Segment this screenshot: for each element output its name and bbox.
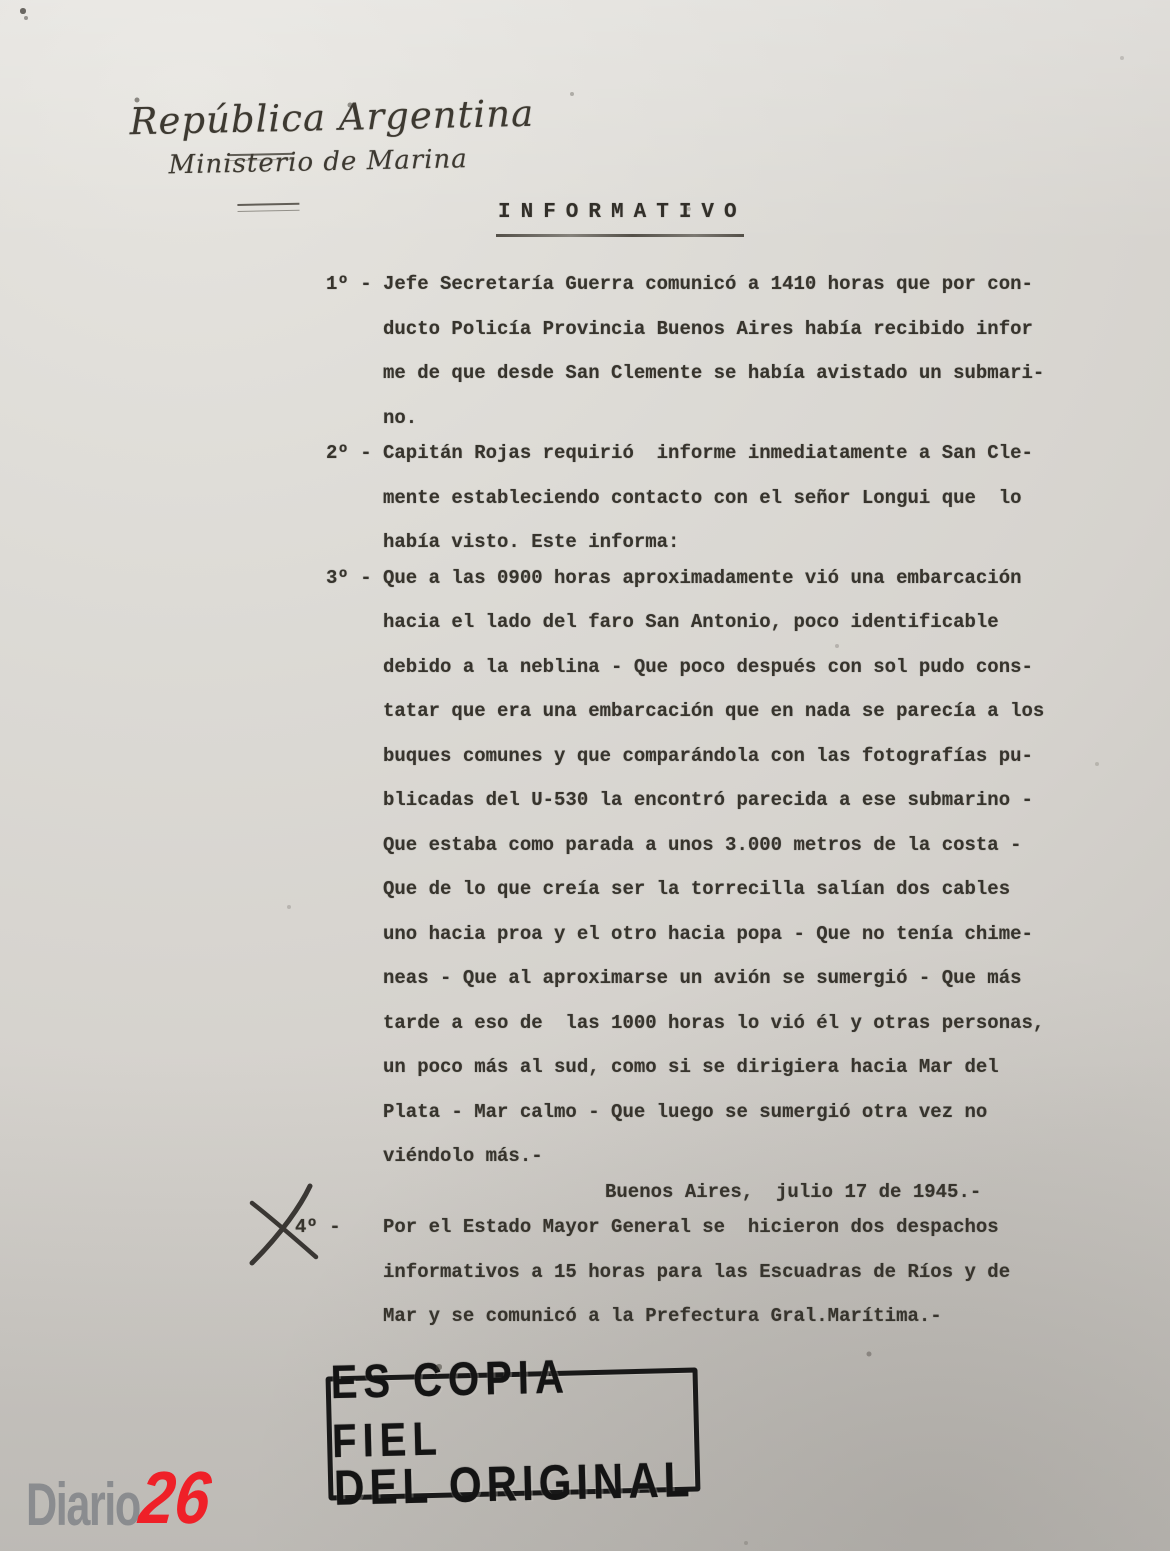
text-line: mente estableciendo contacto con el seño… [383, 476, 1106, 521]
copy-certification-stamp: ES COPIA FIEL DEL ORIGINAL [326, 1367, 701, 1500]
text-line: Por el Estado Mayor General se hicieron … [383, 1205, 1106, 1250]
text-line: buques comunes y que comparándola con la… [383, 734, 1106, 779]
item-lines: Jefe Secretaría Guerra comunicó a 1410 h… [383, 262, 1106, 440]
document-item: 4º -Por el Estado Mayor General se hicie… [326, 1205, 1106, 1339]
document-item: 3º -Que a las 0900 horas aproximadamente… [326, 556, 1106, 1179]
item-number: 3º - [326, 556, 383, 601]
text-line: neas - Que al aproximarse un avión se su… [383, 956, 1106, 1001]
text-line: debido a la neblina - Que poco después c… [383, 645, 1106, 690]
document-item: 2º -Capitán Rojas requirió informe inmed… [326, 431, 1106, 565]
text-line: Que de lo que creía ser la torrecilla sa… [383, 867, 1106, 912]
text-line: ducto Policía Provincia Buenos Aires hab… [383, 307, 1106, 352]
stamp-text-line: DEL ORIGINAL [333, 1449, 695, 1519]
document-body: 1º -Jefe Secretaría Guerra comunicó a 14… [326, 262, 1106, 1339]
letterhead-underline [228, 153, 294, 161]
text-line: Jefe Secretaría Guerra comunicó a 1410 h… [383, 262, 1106, 307]
diario26-logo-text: Diario [26, 1475, 140, 1535]
text-line: Plata - Mar calmo - Que luego se sumergi… [383, 1090, 1106, 1135]
letterhead: República Argentina Ministerio de Marina [129, 92, 535, 181]
letterhead-underline [237, 203, 299, 212]
text-line: un poco más al sud, como si se dirigiera… [383, 1045, 1106, 1090]
item-lines: Que a las 0900 horas aproximadamente vió… [383, 556, 1106, 1179]
text-line: Mar y se comunicó a la Prefectura Gral.M… [383, 1294, 1106, 1339]
text-line: tatar que era una embarcación que en nad… [383, 689, 1106, 734]
item-number: 1º - [326, 262, 383, 307]
diario26-logo-number: 26 [136, 1461, 214, 1535]
text-line: Que a las 0900 horas aproximadamente vió… [383, 556, 1106, 601]
item-number: 2º - [326, 431, 383, 476]
title-underline [496, 234, 744, 237]
handwritten-x-mark [246, 1183, 328, 1267]
text-line: hacia el lado del faro San Antonio, poco… [383, 600, 1106, 645]
text-line: informativos a 15 horas para las Escuadr… [383, 1250, 1106, 1295]
item-lines: Capitán Rojas requirió informe inmediata… [383, 431, 1106, 565]
text-line: Que estaba como parada a unos 3.000 metr… [383, 823, 1106, 868]
letterhead-country: República Argentina [129, 92, 534, 143]
text-line: blicadas del U-530 la encontró parecida … [383, 778, 1106, 823]
text-line: uno hacia proa y el otro hacia popa - Qu… [383, 912, 1106, 957]
text-line: me de que desde San Clemente se había av… [383, 351, 1106, 396]
letterhead-ministry: Ministerio de Marina [168, 143, 535, 181]
diario26-logo: Diario 26 [22, 1458, 262, 1532]
paper-specks [0, 0, 2, 2]
document-title: INFORMATIVO [498, 201, 747, 224]
document-item: 1º -Jefe Secretaría Guerra comunicó a 14… [326, 262, 1106, 440]
text-line: Capitán Rojas requirió informe inmediata… [383, 431, 1106, 476]
item-lines: Por el Estado Mayor General se hicieron … [383, 1205, 1106, 1339]
text-line: tarde a eso de las 1000 horas lo vió él … [383, 1001, 1106, 1046]
scanned-document-page: República Argentina Ministerio de Marina… [0, 0, 1170, 1551]
